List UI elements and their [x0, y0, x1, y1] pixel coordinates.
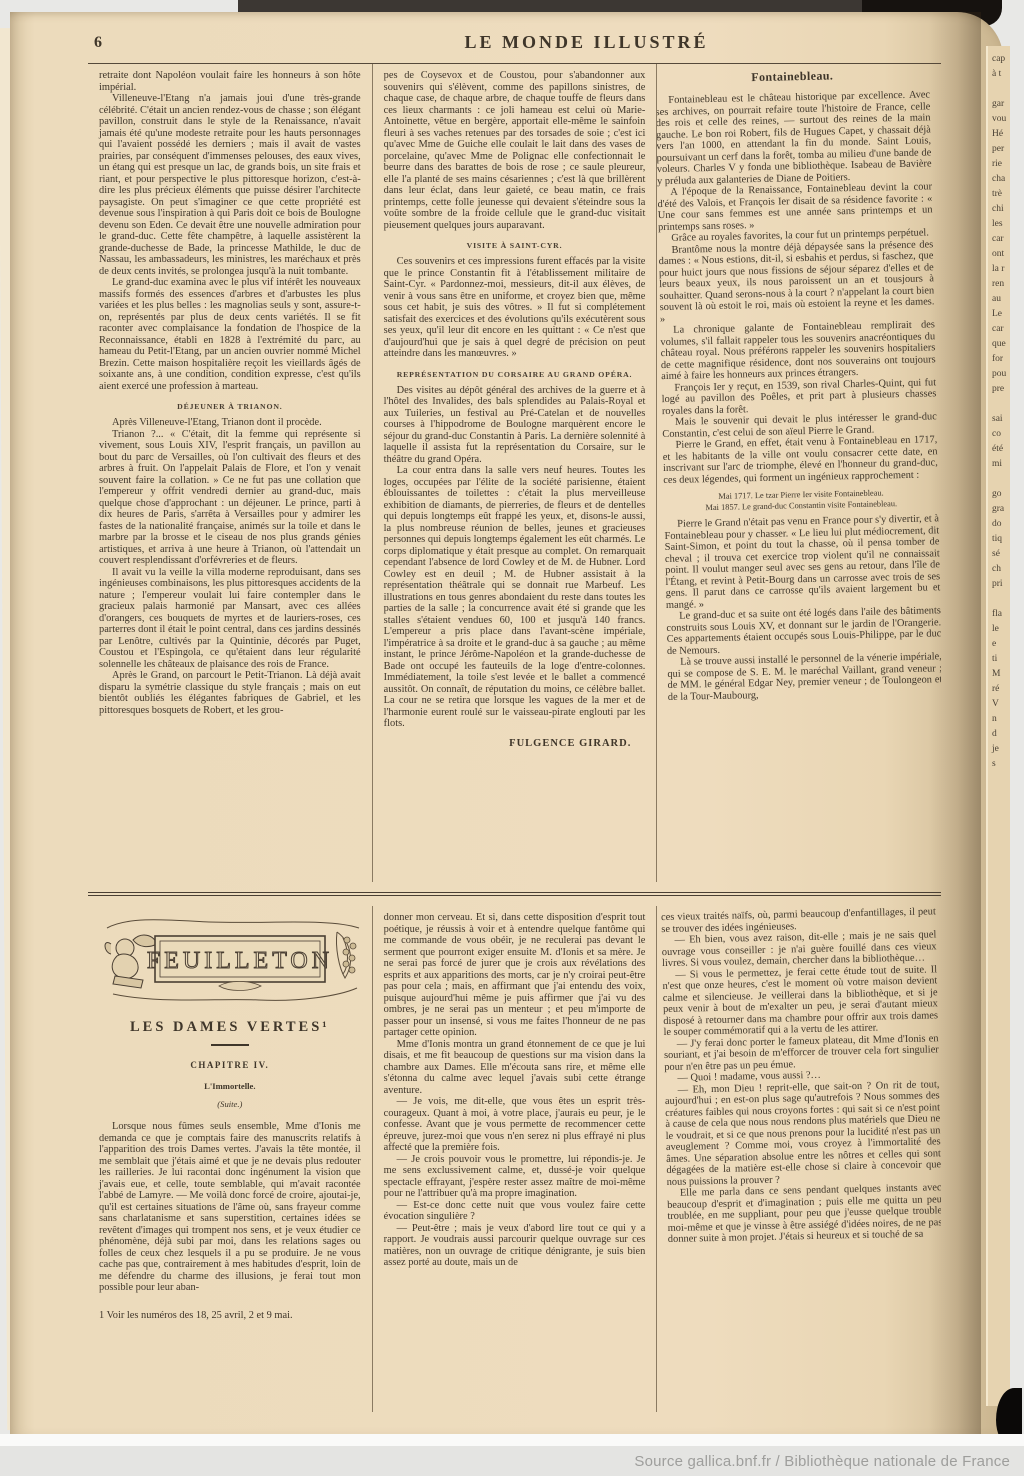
page-content: 6 LE MONDE ILLUSTRÉ retraite dont Napolé…: [10, 12, 1003, 1434]
article-title-fontainebleau: Fontainebleau.: [656, 66, 930, 87]
paragraph: — J'y ferai donc porter le fameux platea…: [664, 1033, 939, 1073]
gallica-footer-bar: Source gallica.bnf.fr / Bibliothèque nat…: [0, 1446, 1024, 1476]
chapter-heading: CHAPITRE IV.: [99, 1060, 361, 1070]
masthead-title: LE MONDE ILLUSTRÉ: [160, 32, 1013, 53]
paragraph: Après Villeneuve-l'Etang, Trianon dont i…: [99, 417, 361, 429]
paragraph: Villeneuve-l'Etang n'a jamais joui d'une…: [99, 93, 361, 277]
paragraph: — Est-ce donc cette nuit que vous voulez…: [384, 1200, 646, 1223]
section-heading-representation-corsaire: REPRÉSENTATION DU CORSAIRE AU GRAND OPÉR…: [384, 370, 646, 379]
feuilleton-banner: FEUILLETON: [99, 914, 361, 1011]
article-column-2: pes de Coysevox et de Coustou, pour s'ab…: [372, 64, 657, 882]
section-divider-rule: [88, 892, 941, 896]
paragraph: La chronique galante de Fontainebleau re…: [660, 319, 936, 382]
paragraph: — Eh, mon Dieu ! reprit-elle, que sait-o…: [665, 1079, 941, 1188]
article-column-1: retraite dont Napoléon voulait faire les…: [88, 64, 372, 882]
chapter-subtitle: L'Immortelle.: [99, 1081, 361, 1091]
feuilleton-column-3: ces vieux traités naïfs, où, parmi beauc…: [656, 906, 941, 1412]
paragraph: Trianon ?... « C'était, dit la femme qui…: [99, 429, 361, 567]
feuilleton-column-1: FEUILLETON LES DAMES VERTES¹ CHAPITRE IV…: [88, 906, 372, 1412]
paragraph: Ces souvenirs et ces impressions furent …: [384, 256, 646, 360]
paragraph: — Peut-être ; mais je veux d'abord lire …: [384, 1223, 646, 1269]
paragraph: donner mon cerveau. Et si, dans cette di…: [384, 912, 646, 1039]
gallica-source-label: Source gallica.bnf.fr / Bibliothèque nat…: [634, 1453, 1010, 1470]
paragraph: Des visites au dépôt général des archive…: [384, 385, 646, 466]
date-legend: Mai 1717. Le tzar Pierre Ier visite Font…: [664, 486, 939, 514]
paragraph: Là se trouve aussi installé le personnel…: [667, 651, 941, 703]
paragraph: Elle me parla dans ce sens pendant quelq…: [667, 1182, 941, 1245]
paragraph: A l'époque de la Renaissance, Fontainebl…: [658, 181, 934, 233]
paragraph: Pierre le Grand n'était pas venu en Fran…: [664, 513, 941, 611]
title-rule: [211, 1044, 249, 1046]
paragraph: La cour entra dans la salle vers neuf he…: [384, 465, 646, 730]
newspaper-page: 6 LE MONDE ILLUSTRÉ retraite dont Napolé…: [10, 12, 1003, 1434]
paragraph: François Ier y reçut, en 1539, son rival…: [662, 377, 937, 417]
paragraph: — Eh bien, vous avez raison, dit-elle ; …: [662, 929, 937, 969]
section-heading-visite-a-saint-cyr: VISITE À SAINT-CYR.: [384, 241, 646, 250]
paragraph: Après le Grand, on parcourt le Petit-Tri…: [99, 670, 361, 716]
paragraph: Il avait vu la veille la villa moderne r…: [99, 567, 361, 671]
paragraph: Fontainebleau est le château historique …: [656, 89, 932, 187]
article-section: retraite dont Napoléon voulait faire les…: [88, 64, 941, 882]
feuilleton-title: LES DAMES VERTES¹: [99, 1019, 361, 1036]
paragraph: Brantôme nous la montre déjà dépaysée sa…: [659, 239, 935, 325]
paragraph: pes de Coysevox et de Coustou, pour s'ab…: [384, 70, 646, 231]
paragraph: Lorsque nous fûmes seuls ensemble, Mme d…: [99, 1121, 361, 1294]
feuilleton-section: FEUILLETON LES DAMES VERTES¹ CHAPITRE IV…: [88, 906, 941, 1412]
paragraph: retraite dont Napoléon voulait faire les…: [99, 70, 361, 93]
author-signature: FULGENCE GIRARD.: [384, 738, 646, 749]
paragraph: — Je crois pouvoir vous le promettre, lu…: [384, 1154, 646, 1200]
paragraph: Mme d'Ionis montra un grand étonnement d…: [384, 1039, 646, 1097]
scan-margin: [0, 1434, 1024, 1446]
footnote: 1 Voir les numéros des 18, 25 avril, 2 e…: [99, 1310, 361, 1322]
section-heading-dejeuner-a-trianon: DÉJEUNER À TRIANON.: [99, 402, 361, 411]
news-header: 6 LE MONDE ILLUSTRÉ: [88, 26, 941, 64]
adjacent-page-edge: cap à t gar vou Hé per rie cha trè chi l…: [986, 46, 1010, 1406]
paragraph: — Je vois, me dit-elle, que vous êtes un…: [384, 1096, 646, 1154]
paragraph: Pierre le Grand, en effet, était venu à …: [663, 434, 939, 486]
page-number: 6: [94, 34, 102, 52]
feuilleton-banner-engraving: FEUILLETON: [99, 914, 367, 1006]
article-column-3: Fontainebleau. Fontainebleau est le chât…: [656, 64, 941, 882]
paragraph: Le grand-duc et sa suite ont été logés d…: [666, 605, 941, 657]
paragraph: Le grand-duc examina avec le plus vif in…: [99, 277, 361, 392]
feuilleton-column-2: donner mon cerveau. Et si, dans cette di…: [372, 906, 657, 1412]
paragraph: — Si vous le permettez, je ferai cette é…: [663, 964, 939, 1039]
suite-note: (Suite.): [99, 1099, 361, 1109]
feuilleton-banner-title: FEUILLETON: [147, 948, 333, 974]
